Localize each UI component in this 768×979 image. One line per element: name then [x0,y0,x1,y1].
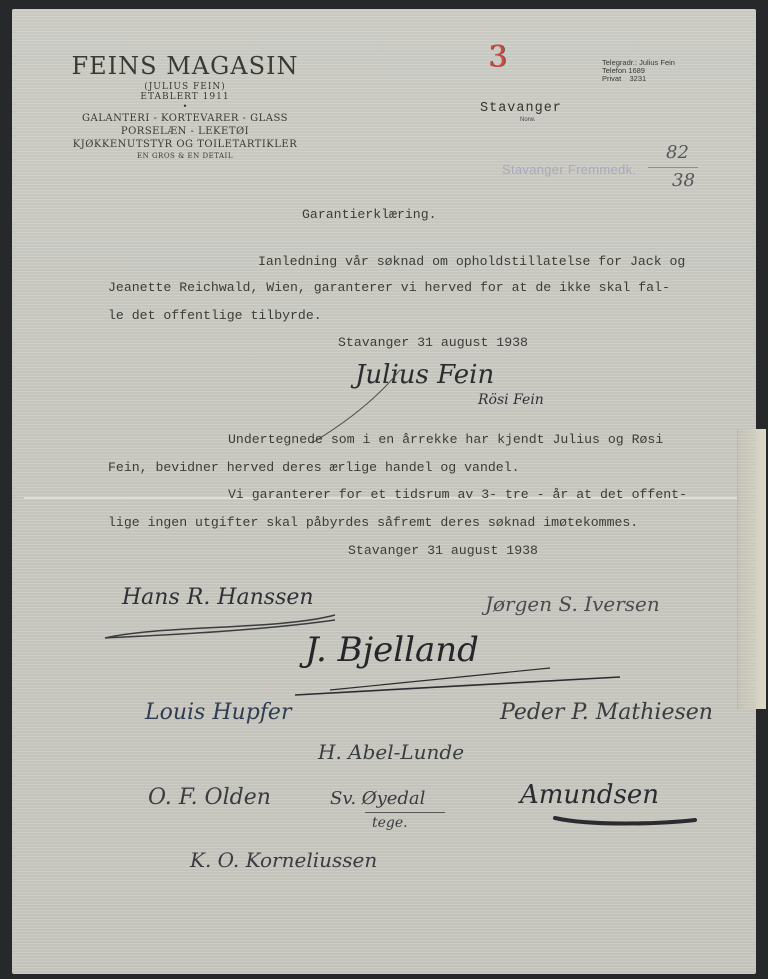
signature-korneliussen: K. O. Korneliussen [190,848,377,872]
owner-name: (JULIUS FEIN) [40,82,330,92]
document-title: Garantierklæring. [302,207,437,222]
established-year: ETABLERT 1911 [40,92,330,102]
country-name: Norw. [520,117,535,123]
para2-line1: Undertegnede som i en årrekke har kjendt… [228,432,663,447]
company-name: FEINS MAGASIN [40,52,330,80]
signature-olden: O. F. Olden [148,785,271,810]
signature-iversen: Jørgen S. Iversen [485,592,660,616]
signature-underline-oyedal [365,812,445,813]
signature-underline [290,665,630,705]
reference-number-bottom: 38 [672,170,695,191]
date-1: Stavanger 31 august 1938 [338,335,528,350]
para1-line1: Ianledning vår søknad om opholdstillatel… [258,254,685,269]
torn-edge [737,429,766,709]
signature-hupfer: Louis Hupfer [145,700,291,725]
reference-divider [648,167,698,168]
para3-line1: Vi garanterer for et tidsrum av 3- tre -… [228,487,687,502]
city-name: Stavanger [480,101,562,116]
reference-number-top: 82 [666,142,689,163]
signature-bjelland: J. Bjelland [305,630,479,670]
bullet-icon: • [40,102,330,112]
signature-flourish [100,610,340,645]
signature-rosi-fein: Rösi Fein [478,392,544,408]
page-number: 3 [488,40,507,75]
para2-line2: Fein, bevidner herved deres ærlige hande… [108,460,520,475]
letterhead: FEINS MAGASIN (JULIUS FEIN) ETABLERT 191… [40,52,330,160]
signature-hanssen: Hans R. Hanssen [122,585,314,610]
registration-stamp: Stavanger Fremmedk. [502,162,636,177]
goods-line-1: GALANTERI - KORTEVARER - GLASS [40,112,330,125]
trade-type: EN GROS & EN DETAIL [40,152,330,160]
signature-note: tege. [372,815,408,831]
signature-abel-lunde: H. Abel-Lunde [318,740,464,764]
private-number: Privat 3231 [602,75,675,83]
para3-line2: lige ingen utgifter skal påbyrdes såfrem… [108,515,638,530]
signature-underline-amundsen [550,812,700,828]
signature-oyedal: Sv. Øyedal [330,788,425,809]
date-2: Stavanger 31 august 1938 [348,543,538,558]
signature-mathiesen: Peder P. Mathiesen [500,700,713,725]
signature-amundsen: Amundsen [520,780,659,810]
para1-line3: le det offentlige tilbyrde. [108,308,322,323]
para1-line2: Jeanette Reichwald, Wien, garanterer vi … [108,280,670,295]
goods-line-2: PORSELÆN - LEKETØI [40,125,330,138]
goods-line-3: KJØKKENUTSTYR OG TOILETARTIKLER [40,138,330,151]
contact-info: Telegradr.: Julius Fein Telefon 1689 Pri… [602,59,675,83]
